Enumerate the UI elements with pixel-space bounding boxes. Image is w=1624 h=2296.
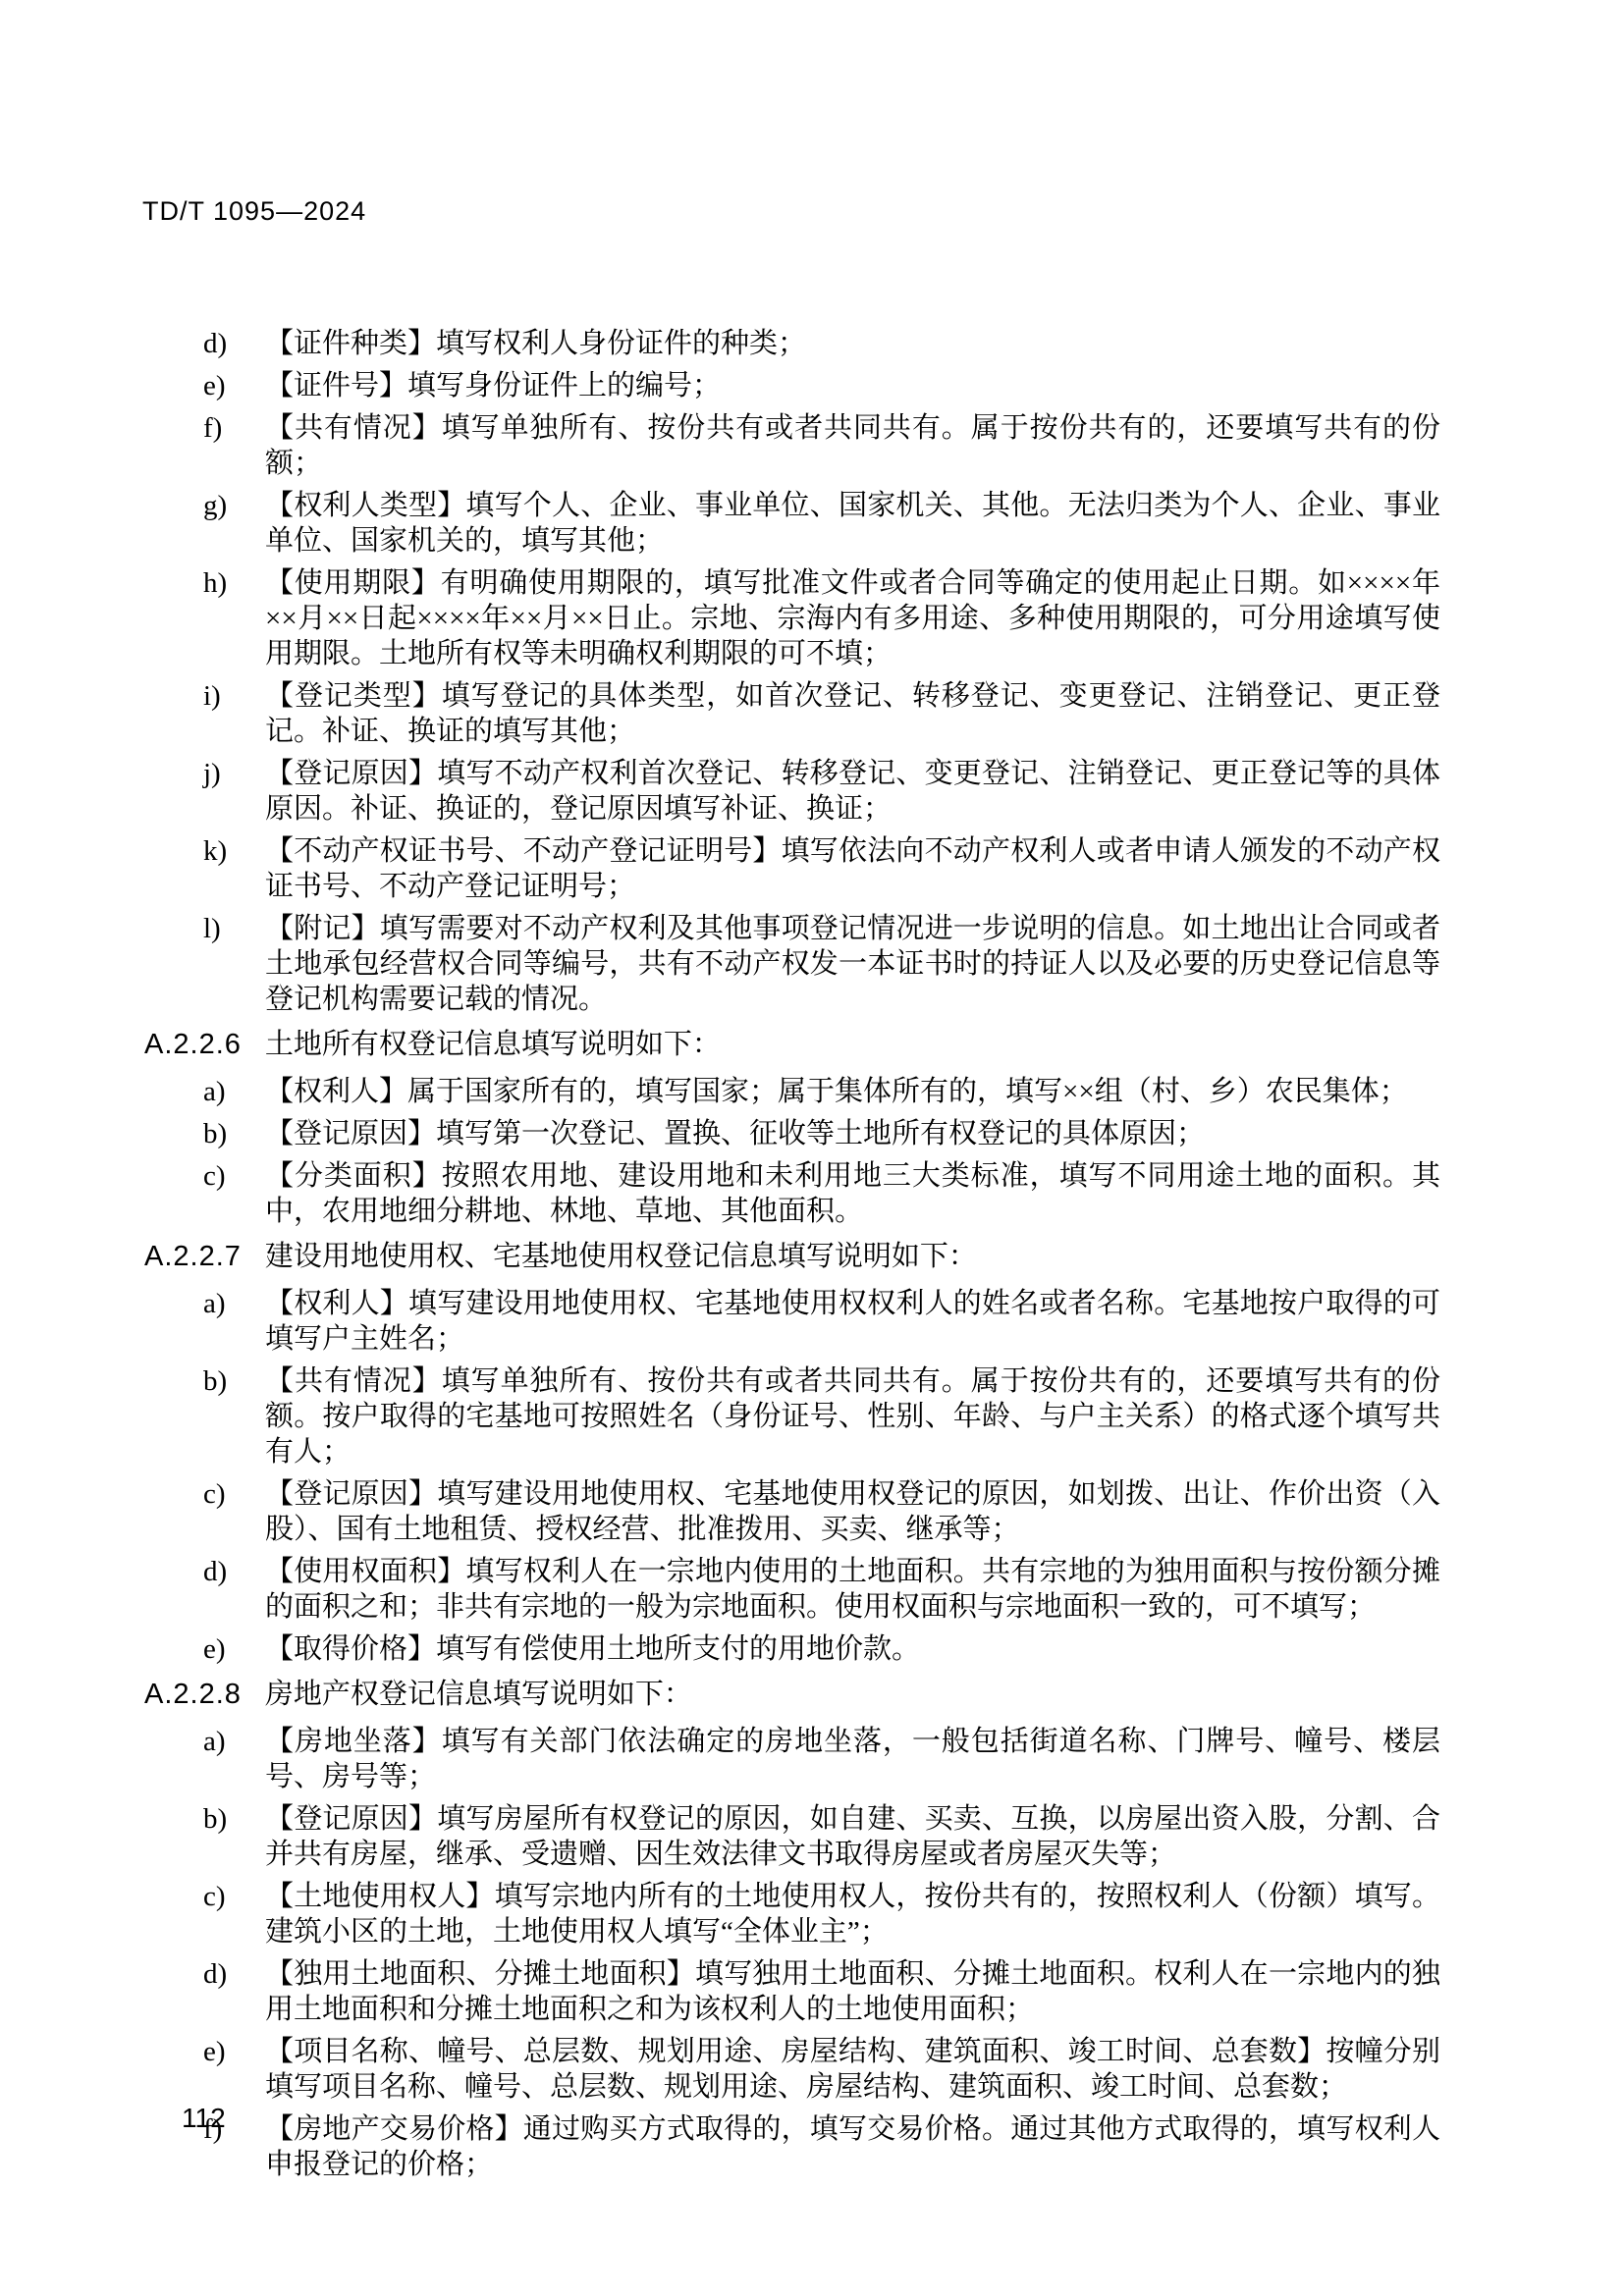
item-label: k) <box>203 833 227 869</box>
item-text: 【登记原因】填写房屋所有权登记的原因，如自建、买卖、互换，以房屋出资入股，分割、… <box>265 1803 1440 1870</box>
item-text: 【登记类型】填写登记的具体类型，如首次登记、转移登记、变更登记、注销登记、更正登… <box>265 680 1440 747</box>
item-label: l) <box>203 911 221 946</box>
item-text: 【附记】填写需要对不动产权利及其他事项登记情况进一步说明的信息。如土地出让合同或… <box>265 913 1440 1015</box>
item-label: b) <box>203 1116 227 1151</box>
item-text: 【项目名称、幢号、总层数、规划用途、房屋结构、建筑面积、竣工时间、总套数】按幢分… <box>265 2036 1440 2103</box>
list-item: b)【登记原因】填写房屋所有权登记的原因，如自建、买卖、互换，以房屋出资入股，分… <box>144 1801 1440 1872</box>
clause-title: 建设用地使用权、宅基地使用权登记信息填写说明如下： <box>265 1241 977 1272</box>
item-label: f) <box>203 410 222 446</box>
item-text: 【权利人】填写建设用地使用权、宅基地使用权权利人的姓名或者名称。宅基地按户取得的… <box>265 1288 1440 1355</box>
item-text: 【登记原因】填写建设用地使用权、宅基地使用权登记的原因，如划拨、出让、作价出资（… <box>265 1478 1440 1545</box>
list-item: d)【使用权面积】填写权利人在一宗地内使用的土地面积。共有宗地的为独用面积与按份… <box>144 1554 1440 1625</box>
list-item: d)【独用土地面积、分摊土地面积】填写独用土地面积、分摊土地面积。权利人在一宗地… <box>144 1956 1440 2027</box>
item-label: a) <box>203 1286 226 1321</box>
item-label: j) <box>203 756 221 791</box>
item-label: d) <box>203 1956 227 1992</box>
item-text: 【共有情况】填写单独所有、按份共有或者共同共有。属于按份共有的，还要填写共有的份… <box>265 1365 1440 1468</box>
clause-number: A.2.2.7 <box>144 1241 242 1272</box>
clause-number: A.2.2.8 <box>144 1679 242 1710</box>
clause-number: A.2.2.6 <box>144 1029 242 1060</box>
document-content: d)【证件种类】填写权利人身份证件的种类；e)【证件号】填写身份证件上的编号；f… <box>144 326 1440 2189</box>
list-item: c)【登记原因】填写建设用地使用权、宅基地使用权登记的原因，如划拨、出让、作价出… <box>144 1476 1440 1547</box>
list-item: h)【使用期限】有明确使用期限的，填写批准文件或者合同等确定的使用起止日期。如×… <box>144 565 1440 671</box>
item-text: 【共有情况】填写单独所有、按份共有或者共同共有。属于按份共有的，还要填写共有的份… <box>265 412 1440 479</box>
list-item: c)【土地使用权人】填写宗地内所有的土地使用权人，按份共有的，按照权利人（份额）… <box>144 1879 1440 1949</box>
list-item: f)【共有情况】填写单独所有、按份共有或者共同共有。属于按份共有的，还要填写共有… <box>144 410 1440 481</box>
item-label: a) <box>203 1074 226 1109</box>
item-label: d) <box>203 1554 227 1589</box>
list-item: f)【房地产交易价格】通过购买方式取得的，填写交易价格。通过其他方式取得的，填写… <box>144 2111 1440 2182</box>
section-heading: A.2.2.7建设用地使用权、宅基地使用权登记信息填写说明如下： <box>144 1239 1440 1274</box>
item-label: a) <box>203 1724 226 1759</box>
item-text: 【证件种类】填写权利人身份证件的种类； <box>265 328 806 359</box>
item-label: g) <box>203 488 227 523</box>
section-heading: A.2.2.6土地所有权登记信息填写说明如下： <box>144 1027 1440 1062</box>
section-heading: A.2.2.8房地产权登记信息填写说明如下： <box>144 1677 1440 1712</box>
item-label: e) <box>203 368 226 403</box>
list-item: l)【附记】填写需要对不动产权利及其他事项登记情况进一步说明的信息。如土地出让合… <box>144 911 1440 1017</box>
item-text: 【土地使用权人】填写宗地内所有的土地使用权人，按份共有的，按照权利人（份额）填写… <box>265 1881 1440 1948</box>
clause-title: 房地产权登记信息填写说明如下： <box>265 1679 692 1710</box>
item-text: 【分类面积】按照农用地、建设用地和未利用地三大类标准，填写不同用途土地的面积。其… <box>265 1160 1440 1227</box>
list-item: a)【权利人】填写建设用地使用权、宅基地使用权权利人的姓名或者名称。宅基地按户取… <box>144 1286 1440 1357</box>
list-item: e)【项目名称、幢号、总层数、规划用途、房屋结构、建筑面积、竣工时间、总套数】按… <box>144 2034 1440 2105</box>
document-page: TD/T 1095—2024 d)【证件种类】填写权利人身份证件的种类；e)【证… <box>0 0 1624 2296</box>
item-label: e) <box>203 1631 226 1667</box>
list-item: k)【不动产权证书号、不动产登记证明号】填写依法向不动产权利人或者申请人颁发的不… <box>144 833 1440 904</box>
item-label: c) <box>203 1879 226 1914</box>
item-text: 【使用期限】有明确使用期限的，填写批准文件或者合同等确定的使用起止日期。如×××… <box>265 567 1440 669</box>
list-item: b)【共有情况】填写单独所有、按份共有或者共同共有。属于按份共有的，还要填写共有… <box>144 1363 1440 1469</box>
list-item: e)【取得价格】填写有偿使用土地所支付的用地价款。 <box>144 1631 1440 1667</box>
item-label: c) <box>203 1476 226 1512</box>
item-text: 【房地产交易价格】通过购买方式取得的，填写交易价格。通过其他方式取得的，填写权利… <box>265 2113 1440 2180</box>
item-label: b) <box>203 1363 227 1399</box>
item-text: 【使用权面积】填写权利人在一宗地内使用的土地面积。共有宗地的为独用面积与按份额分… <box>265 1556 1440 1623</box>
list-item: c)【分类面积】按照农用地、建设用地和未利用地三大类标准，填写不同用途土地的面积… <box>144 1158 1440 1229</box>
list-item: g)【权利人类型】填写个人、企业、事业单位、国家机关、其他。无法归类为个人、企业… <box>144 488 1440 559</box>
item-text: 【权利人】属于国家所有的，填写国家；属于集体所有的，填写××组（村、乡）农民集体… <box>265 1076 1408 1107</box>
list-item: d)【证件种类】填写权利人身份证件的种类； <box>144 326 1440 361</box>
list-item: j)【登记原因】填写不动产权利首次登记、转移登记、变更登记、注销登记、更正登记等… <box>144 756 1440 827</box>
item-text: 【独用土地面积、分摊土地面积】填写独用土地面积、分摊土地面积。权利人在一宗地内的… <box>265 1958 1440 2025</box>
standard-number-header: TD/T 1095—2024 <box>142 196 366 227</box>
page-number: 112 <box>182 2103 226 2134</box>
item-label: d) <box>203 326 227 361</box>
item-label: i) <box>203 678 221 714</box>
clause-title: 土地所有权登记信息填写说明如下： <box>265 1029 721 1060</box>
item-label: e) <box>203 2034 226 2069</box>
item-text: 【不动产权证书号、不动产登记证明号】填写依法向不动产权利人或者申请人颁发的不动产… <box>265 835 1440 902</box>
list-item: a)【房地坐落】填写有关部门依法确定的房地坐落，一般包括街道名称、门牌号、幢号、… <box>144 1724 1440 1794</box>
item-text: 【取得价格】填写有偿使用土地所支付的用地价款。 <box>265 1633 920 1665</box>
item-text: 【房地坐落】填写有关部门依法确定的房地坐落，一般包括街道名称、门牌号、幢号、楼层… <box>265 1726 1440 1792</box>
item-label: c) <box>203 1158 226 1194</box>
list-item: b)【登记原因】填写第一次登记、置换、征收等土地所有权登记的具体原因； <box>144 1116 1440 1151</box>
list-item: i)【登记类型】填写登记的具体类型，如首次登记、转移登记、变更登记、注销登记、更… <box>144 678 1440 749</box>
item-text: 【证件号】填写身份证件上的编号； <box>265 370 721 401</box>
item-label: h) <box>203 565 227 601</box>
item-text: 【登记原因】填写不动产权利首次登记、转移登记、变更登记、注销登记、更正登记等的具… <box>265 758 1440 825</box>
list-item: a)【权利人】属于国家所有的，填写国家；属于集体所有的，填写××组（村、乡）农民… <box>144 1074 1440 1109</box>
item-label: b) <box>203 1801 227 1837</box>
item-text: 【登记原因】填写第一次登记、置换、征收等土地所有权登记的具体原因； <box>265 1118 1205 1149</box>
item-text: 【权利人类型】填写个人、企业、事业单位、国家机关、其他。无法归类为个人、企业、事… <box>265 490 1440 557</box>
list-item: e)【证件号】填写身份证件上的编号； <box>144 368 1440 403</box>
